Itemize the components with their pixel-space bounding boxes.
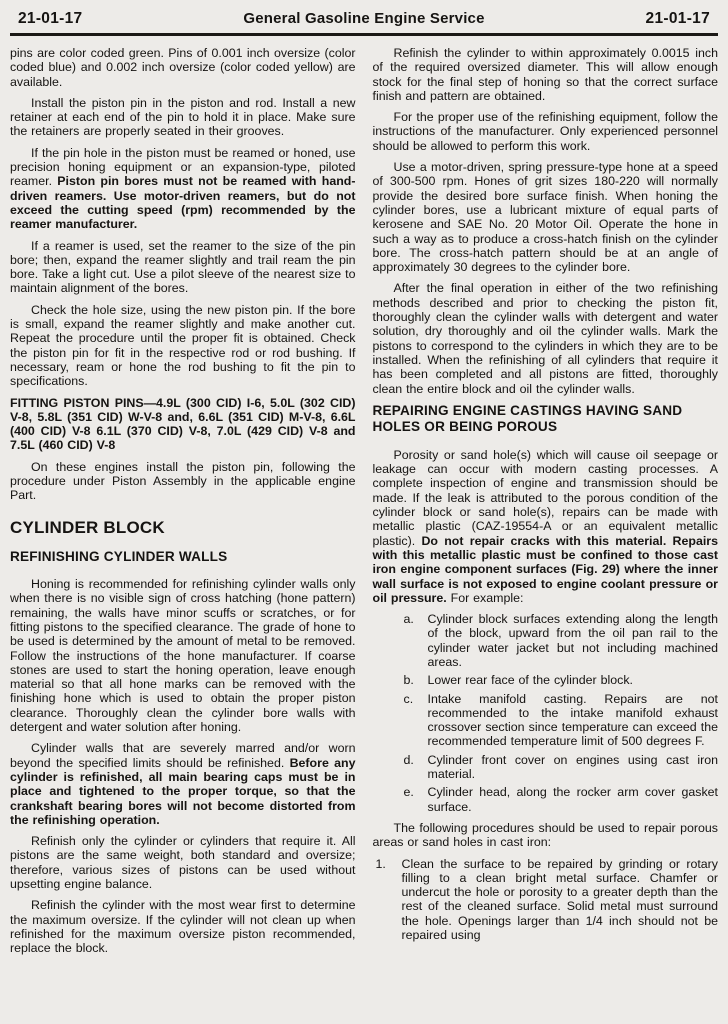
section-heading: CYLINDER BLOCK bbox=[10, 518, 356, 538]
list-item: b.Lower rear face of the cylinder block. bbox=[373, 673, 719, 687]
body-text: If a reamer is used, set the reamer to t… bbox=[10, 239, 356, 296]
list-item: a.Cylinder block surfaces extending alon… bbox=[373, 612, 719, 669]
manual-page: 21-01-17 General Gasoline Engine Service… bbox=[0, 0, 728, 1024]
paragraph: Install the piston pin in the piston and… bbox=[10, 96, 356, 139]
list-item-marker: e. bbox=[404, 785, 428, 814]
body-text: Use a motor-driven, spring pressure-type… bbox=[373, 160, 719, 274]
list-item-text: Cylinder block surfaces extending along … bbox=[428, 612, 719, 669]
list-item-marker: 1. bbox=[376, 857, 402, 943]
left-column: pins are color coded green. Pins of 0.00… bbox=[10, 46, 356, 963]
paragraph: FITTING PISTON PINS—4.9L (300 CID) I-6, … bbox=[10, 396, 356, 453]
page-title: General Gasoline Engine Service bbox=[243, 10, 484, 27]
body-text: Install the piston pin in the piston and… bbox=[10, 96, 356, 139]
list-item-text: Intake manifold casting. Repairs are not… bbox=[428, 692, 719, 749]
body-text: Honing is recommended for refinishing cy… bbox=[10, 577, 356, 734]
paragraph: Refinish the cylinder with the most wear… bbox=[10, 898, 356, 955]
body-text: pins are color coded green. Pins of 0.00… bbox=[10, 46, 356, 89]
body-text: Refinish the cylinder to within approxim… bbox=[373, 46, 719, 103]
body-text: For the proper use of the refinishing eq… bbox=[373, 110, 719, 153]
list-item-marker: a. bbox=[404, 612, 428, 669]
body-text: After the final operation in either of t… bbox=[373, 281, 719, 395]
text-columns: pins are color coded green. Pins of 0.00… bbox=[10, 46, 718, 963]
list-item-text: Clean the surface to be repaired by grin… bbox=[402, 857, 719, 943]
bold-text: Piston pin bores must not be reamed with… bbox=[10, 174, 356, 231]
body-text: Check the hole size, using the new pisto… bbox=[10, 303, 356, 388]
bold-text: Do not repair cracks with this material.… bbox=[373, 534, 719, 605]
list-item: c.Intake manifold casting. Repairs are n… bbox=[373, 692, 719, 749]
paragraph: After the final operation in either of t… bbox=[373, 281, 719, 395]
body-text: For example: bbox=[447, 591, 524, 605]
list-item-text: Cylinder head, along the rocker arm cove… bbox=[428, 785, 719, 814]
list-item: e.Cylinder head, along the rocker arm co… bbox=[373, 785, 719, 814]
page-number-right: 21-01-17 bbox=[646, 10, 710, 28]
number-list: 1.Clean the surface to be repaired by gr… bbox=[373, 857, 719, 943]
paragraph: The following procedures should be used … bbox=[373, 821, 719, 850]
paragraph: pins are color coded green. Pins of 0.00… bbox=[10, 46, 356, 89]
page-header: 21-01-17 General Gasoline Engine Service… bbox=[10, 8, 718, 28]
paragraph: Check the hole size, using the new pisto… bbox=[10, 303, 356, 389]
paragraph: Use a motor-driven, spring pressure-type… bbox=[373, 160, 719, 274]
letter-list: a.Cylinder block surfaces extending alon… bbox=[373, 612, 719, 814]
paragraph: Refinish the cylinder to within approxim… bbox=[373, 46, 719, 103]
paragraph: For the proper use of the refinishing eq… bbox=[373, 110, 719, 153]
list-item-text: Cylinder front cover on engines using ca… bbox=[428, 753, 719, 782]
list-item-marker: b. bbox=[404, 673, 428, 687]
right-column: Refinish the cylinder to within approxim… bbox=[373, 46, 719, 963]
body-text: Refinish only the cylinder or cylinders … bbox=[10, 834, 356, 891]
paragraph: Porosity or sand hole(s) which will caus… bbox=[373, 448, 719, 605]
body-text: On these engines install the piston pin,… bbox=[10, 460, 356, 503]
body-text: The following procedures should be used … bbox=[373, 821, 719, 849]
list-item-marker: d. bbox=[404, 753, 428, 782]
section-heading: REFINISHING CYLINDER WALLS bbox=[10, 549, 356, 566]
paragraph: On these engines install the piston pin,… bbox=[10, 460, 356, 503]
paragraph: Cylinder walls that are severely marred … bbox=[10, 741, 356, 827]
page-number-left: 21-01-17 bbox=[18, 10, 82, 28]
paragraph: If the pin hole in the piston must be re… bbox=[10, 146, 356, 232]
body-text: Refinish the cylinder with the most wear… bbox=[10, 898, 356, 955]
list-item-text: Lower rear face of the cylinder block. bbox=[428, 673, 719, 687]
paragraph: Honing is recommended for refinishing cy… bbox=[10, 577, 356, 734]
list-item-marker: c. bbox=[404, 692, 428, 749]
list-item: d.Cylinder front cover on engines using … bbox=[373, 753, 719, 782]
paragraph: If a reamer is used, set the reamer to t… bbox=[10, 239, 356, 296]
list-item: 1.Clean the surface to be repaired by gr… bbox=[373, 857, 719, 943]
bold-text: FITTING PISTON PINS—4.9L (300 CID) I-6, … bbox=[10, 396, 356, 453]
header-rule bbox=[10, 33, 718, 36]
section-heading: REPAIRING ENGINE CASTINGS HAVING SAND HO… bbox=[373, 403, 719, 436]
paragraph: Refinish only the cylinder or cylinders … bbox=[10, 834, 356, 891]
